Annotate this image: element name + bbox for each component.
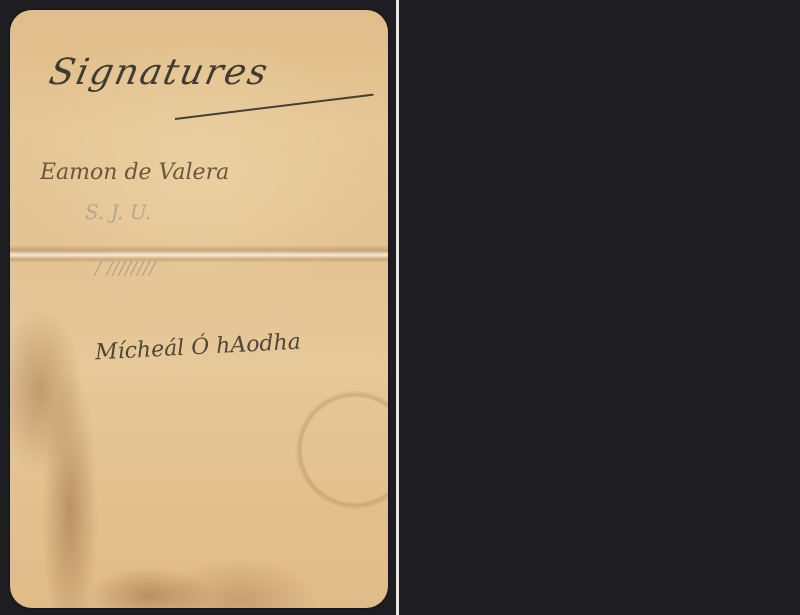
signature-pencil-faint: S. J. U.: [85, 200, 151, 224]
photo-scene: Signatures Eamon de Valera S. J. U. / //…: [0, 0, 800, 615]
signature-ink: Mícheál Ó hAodha: [94, 330, 301, 366]
signature-de-valera: Eamon de Valera: [40, 160, 229, 185]
heading-underline: [175, 94, 374, 120]
fold-crease: [10, 245, 388, 263]
signatures-heading: Signatures: [46, 52, 273, 93]
right-panel: TOASTS IRELAND, ONE AND INDIVISIBLE OUR …: [399, 0, 800, 615]
card-back: Signatures Eamon de Valera S. J. U. / //…: [10, 10, 388, 608]
left-panel: Signatures Eamon de Valera S. J. U. / //…: [0, 0, 396, 615]
signature-pencil-faint-2: / ////////: [95, 258, 155, 279]
